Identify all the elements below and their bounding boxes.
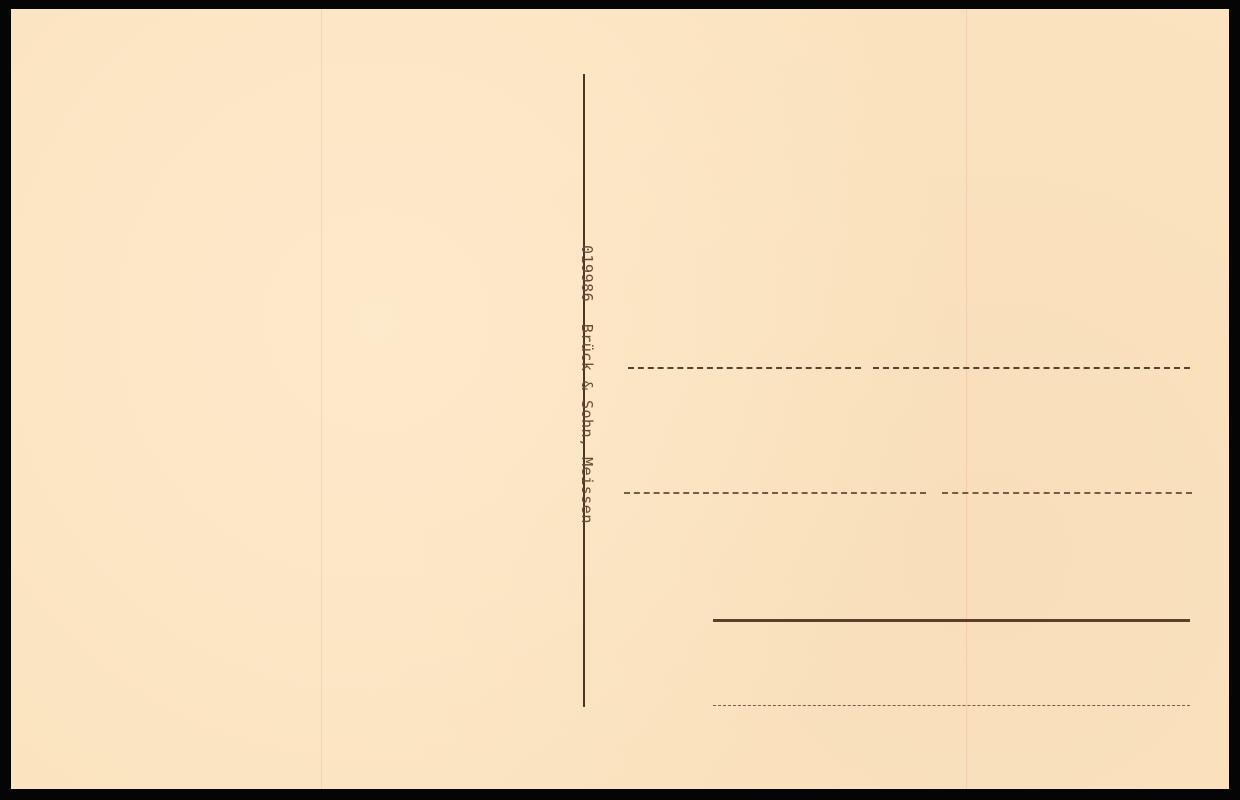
address-line-4 [713, 705, 1190, 706]
address-line-3 [713, 619, 1190, 622]
address-line-2b [942, 492, 1192, 494]
address-line-2a [624, 492, 926, 494]
address-line-1a [628, 367, 861, 369]
address-line-1b [873, 367, 1190, 369]
imprint-number: 019986 [578, 245, 596, 302]
paper-crease [966, 9, 967, 789]
publisher-imprint: 019986 Brück & Sohn, Meissen [578, 245, 596, 524]
postcard-back: 019986 Brück & Sohn, Meissen [11, 9, 1229, 789]
imprint-publisher: Brück & Sohn, Meissen [578, 324, 596, 524]
paper-crease [321, 9, 322, 789]
